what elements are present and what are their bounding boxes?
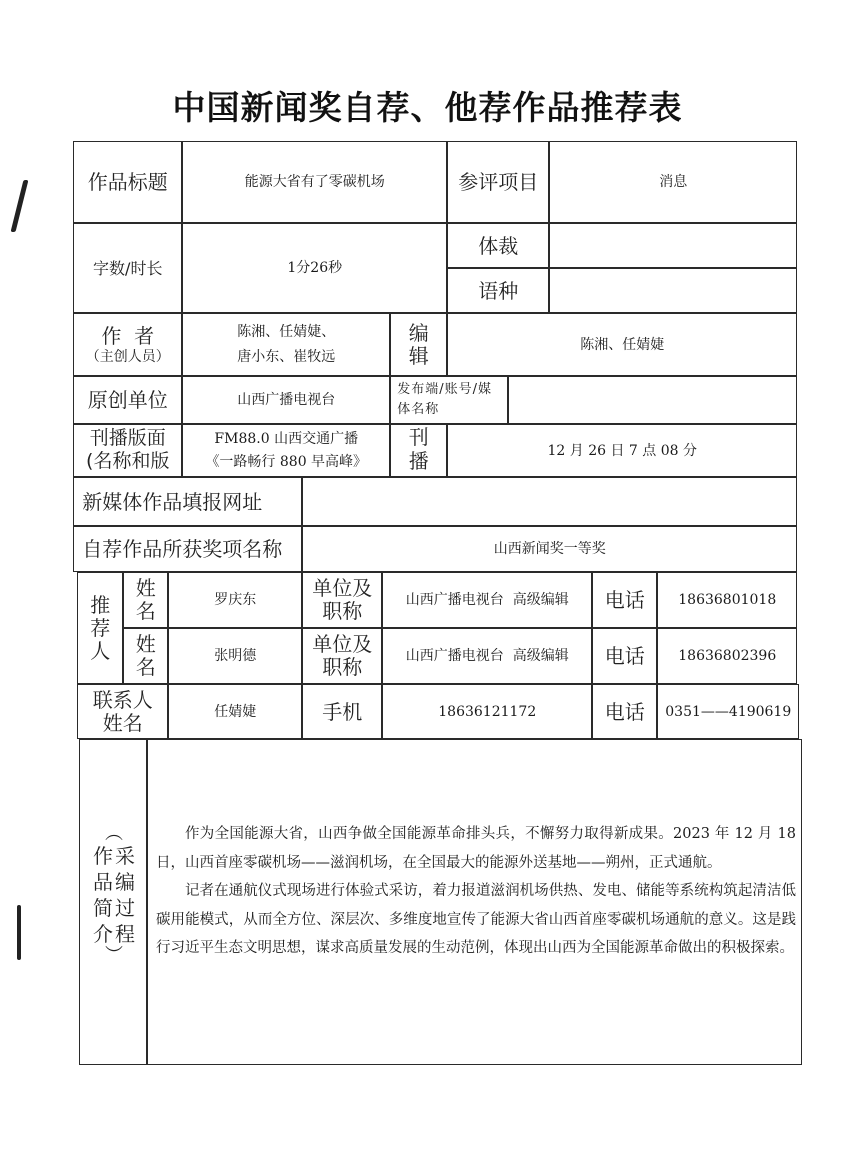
intro-label-char: 编 bbox=[115, 869, 135, 895]
recommender-2-unit: 山西广播电视台 高级编辑 bbox=[406, 644, 569, 669]
recommender-1-unit-label-cell: 单位及 职称 bbox=[302, 572, 382, 628]
recommender-name-label: 姓 名 bbox=[136, 577, 156, 623]
broadcast-page-label-cell: 刊播版面 (名称和版 bbox=[73, 424, 182, 477]
contact-mobile-label: 手机 bbox=[322, 700, 362, 724]
award-label: 自荐作品所获奖项名称 bbox=[82, 537, 282, 561]
original-unit-label: 原创单位 bbox=[88, 388, 168, 412]
intro-label: ︵ 采 编 过 程 作 品 简 介 ︶ bbox=[80, 825, 148, 985]
broadcast-page-label: 刊播版面 (名称和版 bbox=[86, 427, 169, 473]
recommender-2-name: 张明德 bbox=[214, 644, 256, 669]
recommender-unit-label: 单位及 职称 bbox=[312, 577, 372, 623]
recommender-1-name-field[interactable]: 罗庆东 bbox=[168, 572, 302, 628]
intro-label-char: 介 bbox=[93, 921, 113, 947]
contact-label-cell: 联系人 姓名 bbox=[77, 684, 168, 739]
length-label: 字数/时长 bbox=[93, 259, 162, 278]
recommender-2-name-field[interactable]: 张明德 bbox=[168, 628, 302, 684]
length-label-cell: 字数/时长 bbox=[73, 223, 182, 313]
language-label: 语种 bbox=[478, 279, 518, 303]
broadcast-date-value: 12 月 26 日 7 点 08 分 bbox=[547, 439, 697, 464]
intro-text: 作为全国能源大省，山西争做全国能源革命排头兵，不懈努力取得新成果。2023 年 … bbox=[156, 820, 796, 963]
contact-label: 联系人 姓名 bbox=[93, 689, 153, 735]
contact-phone: 0351——4190619 bbox=[665, 700, 791, 725]
intro-label-char: 程 bbox=[115, 921, 135, 947]
recommender-2-phone-label-cell: 电话 bbox=[592, 628, 657, 684]
recommender-2-phone: 18636802396 bbox=[678, 644, 776, 669]
work-title-label-cell: 作品标题 bbox=[73, 141, 182, 223]
language-field[interactable] bbox=[549, 268, 797, 313]
intro-label-char: 简 bbox=[93, 895, 113, 921]
work-title-value: 能源大省有了零碳机场 bbox=[245, 170, 385, 195]
contact-mobile-label-cell: 手机 bbox=[302, 684, 382, 739]
recommender-1-name-label-cell: 姓 名 bbox=[123, 572, 168, 628]
margin-pen-mark bbox=[11, 180, 29, 232]
recommender-1-phone-label-cell: 电话 bbox=[592, 572, 657, 628]
recommender-unit-label: 单位及 职称 bbox=[312, 633, 372, 679]
intro-label-char: 作 bbox=[93, 843, 113, 869]
language-label-cell: 语种 bbox=[447, 268, 549, 313]
contact-name-field[interactable]: 任婧婕 bbox=[168, 684, 302, 739]
genre-field[interactable] bbox=[549, 223, 797, 268]
recommender-1-unit-field[interactable]: 山西广播电视台 高级编辑 bbox=[382, 572, 592, 628]
margin-pen-mark bbox=[17, 905, 21, 960]
new-media-url-field[interactable] bbox=[302, 477, 797, 526]
recommender-1-unit: 山西广播电视台 高级编辑 bbox=[406, 588, 569, 613]
intro-paragraph: 作为全国能源大省，山西争做全国能源革命排头兵，不懈努力取得新成果。2023 年 … bbox=[156, 820, 796, 877]
original-unit-field[interactable]: 山西广播电视台 bbox=[182, 376, 390, 424]
new-media-url-label: 新媒体作品填报网址 bbox=[82, 490, 262, 514]
broadcast-page-field[interactable]: FM88.0 山西交通广播 《一路畅行 880 早高峰》 bbox=[182, 424, 390, 477]
author-label-cell: 作 者 （主创人员） bbox=[73, 313, 182, 376]
contact-mobile-field[interactable]: 18636121172 bbox=[382, 684, 592, 739]
recommender-phone-label: 电话 bbox=[605, 588, 645, 612]
recommender-2-name-label-cell: 姓 名 bbox=[123, 628, 168, 684]
length-value: 1分26秒 bbox=[287, 256, 342, 281]
intro-label-char: 品 bbox=[93, 869, 113, 895]
recommender-1-phone-field[interactable]: 18636801018 bbox=[657, 572, 797, 628]
award-field[interactable]: 山西新闻奖一等奖 bbox=[302, 526, 797, 572]
recommender-1-phone: 18636801018 bbox=[678, 588, 776, 613]
publisher-label-cell: 发布端/账号/媒体名称 bbox=[390, 376, 508, 424]
new-media-url-label-cell: 新媒体作品填报网址 bbox=[73, 477, 302, 526]
category-field[interactable]: 消息 bbox=[549, 141, 797, 223]
author-sublabel: （主创人员） bbox=[86, 348, 170, 366]
broadcast-date-label: 刊 播 bbox=[409, 425, 429, 473]
intro-paragraph: 记者在通航仪式现场进行体验式采访，着力报道滋润机场供热、发电、储能等系统构筑起清… bbox=[156, 877, 796, 963]
recommender-group-label-cell: 推 荐 人 bbox=[77, 572, 123, 684]
contact-name: 任婧婕 bbox=[214, 700, 256, 725]
paren-open: ︵ bbox=[105, 825, 123, 843]
category-label: 参评项目 bbox=[458, 170, 538, 194]
recommender-2-unit-label-cell: 单位及 职称 bbox=[302, 628, 382, 684]
award-label-cell: 自荐作品所获奖项名称 bbox=[73, 526, 302, 572]
author-field[interactable]: 陈湘、任婧婕、 唐小东、崔牧远 bbox=[182, 313, 390, 376]
category-value: 消息 bbox=[659, 170, 687, 195]
recommender-2-phone-field[interactable]: 18636802396 bbox=[657, 628, 797, 684]
editor-field[interactable]: 陈湘、任婧婕 bbox=[447, 313, 797, 376]
original-unit-value: 山西广播电视台 bbox=[237, 388, 335, 413]
publisher-field[interactable] bbox=[508, 376, 797, 424]
broadcast-date-label-cell: 刊 播 bbox=[390, 424, 447, 477]
intro-label-char: 过 bbox=[115, 895, 135, 921]
genre-label-cell: 体裁 bbox=[447, 223, 549, 268]
broadcast-page-value: FM88.0 山西交通广播 《一路畅行 880 早高峰》 bbox=[205, 428, 367, 474]
length-field[interactable]: 1分26秒 bbox=[182, 223, 447, 313]
contact-mobile: 18636121172 bbox=[438, 700, 536, 725]
intro-label-char: 采 bbox=[115, 843, 135, 869]
paren-close: ︶ bbox=[105, 947, 123, 965]
work-title-label: 作品标题 bbox=[88, 170, 168, 194]
author-value: 陈湘、任婧婕、 唐小东、崔牧远 bbox=[237, 320, 335, 369]
contact-phone-label: 电话 bbox=[605, 700, 645, 724]
editor-label-cell: 编 辑 bbox=[390, 313, 447, 376]
original-unit-label-cell: 原创单位 bbox=[73, 376, 182, 424]
publisher-label: 发布端/账号/媒体名称 bbox=[391, 380, 507, 420]
editor-value: 陈湘、任婧婕 bbox=[580, 333, 664, 358]
recommender-1-name: 罗庆东 bbox=[214, 588, 256, 613]
genre-label: 体裁 bbox=[478, 234, 518, 258]
editor-label: 编 辑 bbox=[409, 322, 429, 368]
recommender-name-label: 姓 名 bbox=[136, 633, 156, 679]
page-title: 中国新闻奖自荐、他荐作品推荐表 bbox=[0, 82, 855, 129]
recommender-2-unit-field[interactable]: 山西广播电视台 高级编辑 bbox=[382, 628, 592, 684]
recommender-phone-label: 电话 bbox=[605, 644, 645, 668]
category-label-cell: 参评项目 bbox=[447, 141, 549, 223]
recommender-group-label: 推 荐 人 bbox=[90, 594, 110, 663]
contact-phone-field[interactable]: 0351——4190619 bbox=[657, 684, 799, 739]
broadcast-date-field[interactable]: 12 月 26 日 7 点 08 分 bbox=[447, 424, 797, 477]
contact-phone-label-cell: 电话 bbox=[592, 684, 657, 739]
work-title-field[interactable]: 能源大省有了零碳机场 bbox=[182, 141, 447, 223]
award-value: 山西新闻奖一等奖 bbox=[494, 537, 606, 562]
author-label: 作 者 bbox=[101, 324, 154, 348]
